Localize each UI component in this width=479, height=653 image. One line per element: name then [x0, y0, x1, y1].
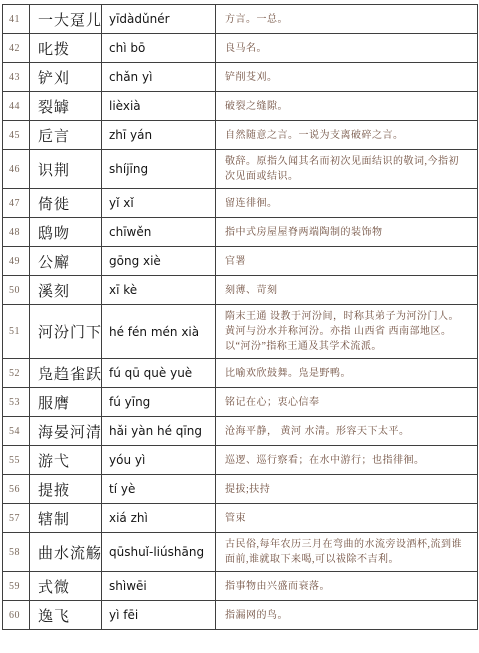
word-cell: 河汾门下: [30, 305, 102, 359]
row-number-cell: 45: [3, 121, 30, 150]
word-cell: 裂罅: [30, 92, 102, 121]
row-number-cell: 47: [3, 189, 30, 218]
word-cell: 提掖: [30, 475, 102, 504]
pinyin-cell: chǎn yì: [102, 63, 216, 92]
pinyin-cell: xī kè: [102, 276, 216, 305]
pinyin-cell: chīwěn: [102, 218, 216, 247]
word-cell: 式微: [30, 572, 102, 601]
row-number-cell: 58: [3, 533, 30, 572]
definition-cell: 铲削芟刈。: [216, 63, 478, 92]
row-number-cell: 49: [3, 247, 30, 276]
table-row: 56提掖tí yè提拔;扶持: [3, 475, 478, 504]
table-row: 53服膺fú yīng铭记在心；衷心信奉: [3, 388, 478, 417]
table-row: 52凫趋雀跃fú qū què yuè比喻欢欣鼓舞。凫是野鸭。: [3, 359, 478, 388]
row-number-cell: 46: [3, 150, 30, 189]
row-number-cell: 50: [3, 276, 30, 305]
word-cell: 一大趸儿: [30, 5, 102, 34]
definition-cell: 破裂之缝隙。: [216, 92, 478, 121]
table-row: 59式微shìwēi指事物由兴盛而衰落。: [3, 572, 478, 601]
row-number-cell: 42: [3, 34, 30, 63]
word-cell: 鸱吻: [30, 218, 102, 247]
table-row: 58曲水流觞qūshuǐ-liúshāng古民俗,每年农历三月在弯曲的水流旁设酒…: [3, 533, 478, 572]
definition-cell: 指漏网的鸟。: [216, 601, 478, 630]
row-number-cell: 56: [3, 475, 30, 504]
word-cell: 曲水流觞: [30, 533, 102, 572]
row-number-cell: 43: [3, 63, 30, 92]
word-cell: 服膺: [30, 388, 102, 417]
definition-cell: 沧海平静， 黄河 水清。形容天下太平。: [216, 417, 478, 446]
word-cell: 溪刻: [30, 276, 102, 305]
pinyin-cell: tí yè: [102, 475, 216, 504]
word-cell: 叱拨: [30, 34, 102, 63]
word-cell: 公廨: [30, 247, 102, 276]
pinyin-cell: zhī yán: [102, 121, 216, 150]
row-number-cell: 54: [3, 417, 30, 446]
table-row: 54海晏河清hǎi yàn hé qīng沧海平静， 黄河 水清。形容天下太平。: [3, 417, 478, 446]
pinyin-cell: yì fēi: [102, 601, 216, 630]
table-row: 57辖制xiá zhì管束: [3, 504, 478, 533]
document-page: 41一大趸儿yīdàdǔnér方言。一总。42叱拨chì bō良马名。43铲刈c…: [0, 0, 479, 653]
definition-cell: 提拔;扶持: [216, 475, 478, 504]
pinyin-cell: lièxià: [102, 92, 216, 121]
pinyin-cell: hǎi yàn hé qīng: [102, 417, 216, 446]
row-number-cell: 52: [3, 359, 30, 388]
row-number-cell: 60: [3, 601, 30, 630]
word-cell: 倚徙: [30, 189, 102, 218]
pinyin-cell: gōng xiè: [102, 247, 216, 276]
row-number-cell: 41: [3, 5, 30, 34]
pinyin-cell: xiá zhì: [102, 504, 216, 533]
row-number-cell: 51: [3, 305, 30, 359]
pinyin-cell: fú qū què yuè: [102, 359, 216, 388]
table-row: 49公廨gōng xiè官署: [3, 247, 478, 276]
definition-cell: 比喻欢欣鼓舞。凫是野鸭。: [216, 359, 478, 388]
table-row: 44裂罅lièxià破裂之缝隙。: [3, 92, 478, 121]
definition-cell: 刻薄、苛刻: [216, 276, 478, 305]
table-row: 51河汾门下hé fén mén xià隋末王通 设教于河汾间，时称其弟子为河汾…: [3, 305, 478, 359]
row-number-cell: 55: [3, 446, 30, 475]
row-number-cell: 53: [3, 388, 30, 417]
table-row: 47倚徙yǐ xǐ留连徘徊。: [3, 189, 478, 218]
vocab-table: 41一大趸儿yīdàdǔnér方言。一总。42叱拨chì bō良马名。43铲刈c…: [2, 4, 478, 630]
table-row: 43铲刈chǎn yì铲削芟刈。: [3, 63, 478, 92]
row-number-cell: 48: [3, 218, 30, 247]
pinyin-cell: shìwēi: [102, 572, 216, 601]
word-cell: 海晏河清: [30, 417, 102, 446]
word-cell: 铲刈: [30, 63, 102, 92]
word-cell: 逸飞: [30, 601, 102, 630]
pinyin-cell: shíjīng: [102, 150, 216, 189]
pinyin-cell: yǐ xǐ: [102, 189, 216, 218]
table-row: 55游弋yóu yì巡逻、巡行察看；在水中游行；也指徘徊。: [3, 446, 478, 475]
definition-cell: 方言。一总。: [216, 5, 478, 34]
table-row: 45卮言zhī yán自然随意之言。一说为支离破碎之言。: [3, 121, 478, 150]
definition-cell: 管束: [216, 504, 478, 533]
definition-cell: 古民俗,每年农历三月在弯曲的水流旁设酒杯,流到谁面前,谁就取下来喝,可以祓除不吉…: [216, 533, 478, 572]
word-cell: 卮言: [30, 121, 102, 150]
word-cell: 辖制: [30, 504, 102, 533]
table-row: 42叱拨chì bō良马名。: [3, 34, 478, 63]
definition-cell: 巡逻、巡行察看；在水中游行；也指徘徊。: [216, 446, 478, 475]
table-row: 41一大趸儿yīdàdǔnér方言。一总。: [3, 5, 478, 34]
pinyin-cell: yīdàdǔnér: [102, 5, 216, 34]
definition-cell: 敬辞。原指久闻其名而初次见面结识的敬词,今指初次见面或结识。: [216, 150, 478, 189]
table-row: 46识荆shíjīng敬辞。原指久闻其名而初次见面结识的敬词,今指初次见面或结识…: [3, 150, 478, 189]
vocab-table-body: 41一大趸儿yīdàdǔnér方言。一总。42叱拨chì bō良马名。43铲刈c…: [3, 5, 478, 630]
table-row: 60逸飞yì fēi指漏网的鸟。: [3, 601, 478, 630]
word-cell: 识荆: [30, 150, 102, 189]
word-cell: 凫趋雀跃: [30, 359, 102, 388]
word-cell: 游弋: [30, 446, 102, 475]
pinyin-cell: yóu yì: [102, 446, 216, 475]
definition-cell: 铭记在心；衷心信奉: [216, 388, 478, 417]
definition-cell: 良马名。: [216, 34, 478, 63]
definition-cell: 自然随意之言。一说为支离破碎之言。: [216, 121, 478, 150]
definition-cell: 官署: [216, 247, 478, 276]
definition-cell: 隋末王通 设教于河汾间，时称其弟子为河汾门人。黄河与汾水并称河汾。亦指 山西省 …: [216, 305, 478, 359]
definition-cell: 指事物由兴盛而衰落。: [216, 572, 478, 601]
pinyin-cell: fú yīng: [102, 388, 216, 417]
table-row: 50溪刻xī kè刻薄、苛刻: [3, 276, 478, 305]
definition-cell: 留连徘徊。: [216, 189, 478, 218]
pinyin-cell: chì bō: [102, 34, 216, 63]
row-number-cell: 59: [3, 572, 30, 601]
pinyin-cell: hé fén mén xià: [102, 305, 216, 359]
row-number-cell: 44: [3, 92, 30, 121]
table-row: 48鸱吻chīwěn指中式房屋屋脊两端陶制的装饰物: [3, 218, 478, 247]
row-number-cell: 57: [3, 504, 30, 533]
definition-cell: 指中式房屋屋脊两端陶制的装饰物: [216, 218, 478, 247]
pinyin-cell: qūshuǐ-liúshāng: [102, 533, 216, 572]
